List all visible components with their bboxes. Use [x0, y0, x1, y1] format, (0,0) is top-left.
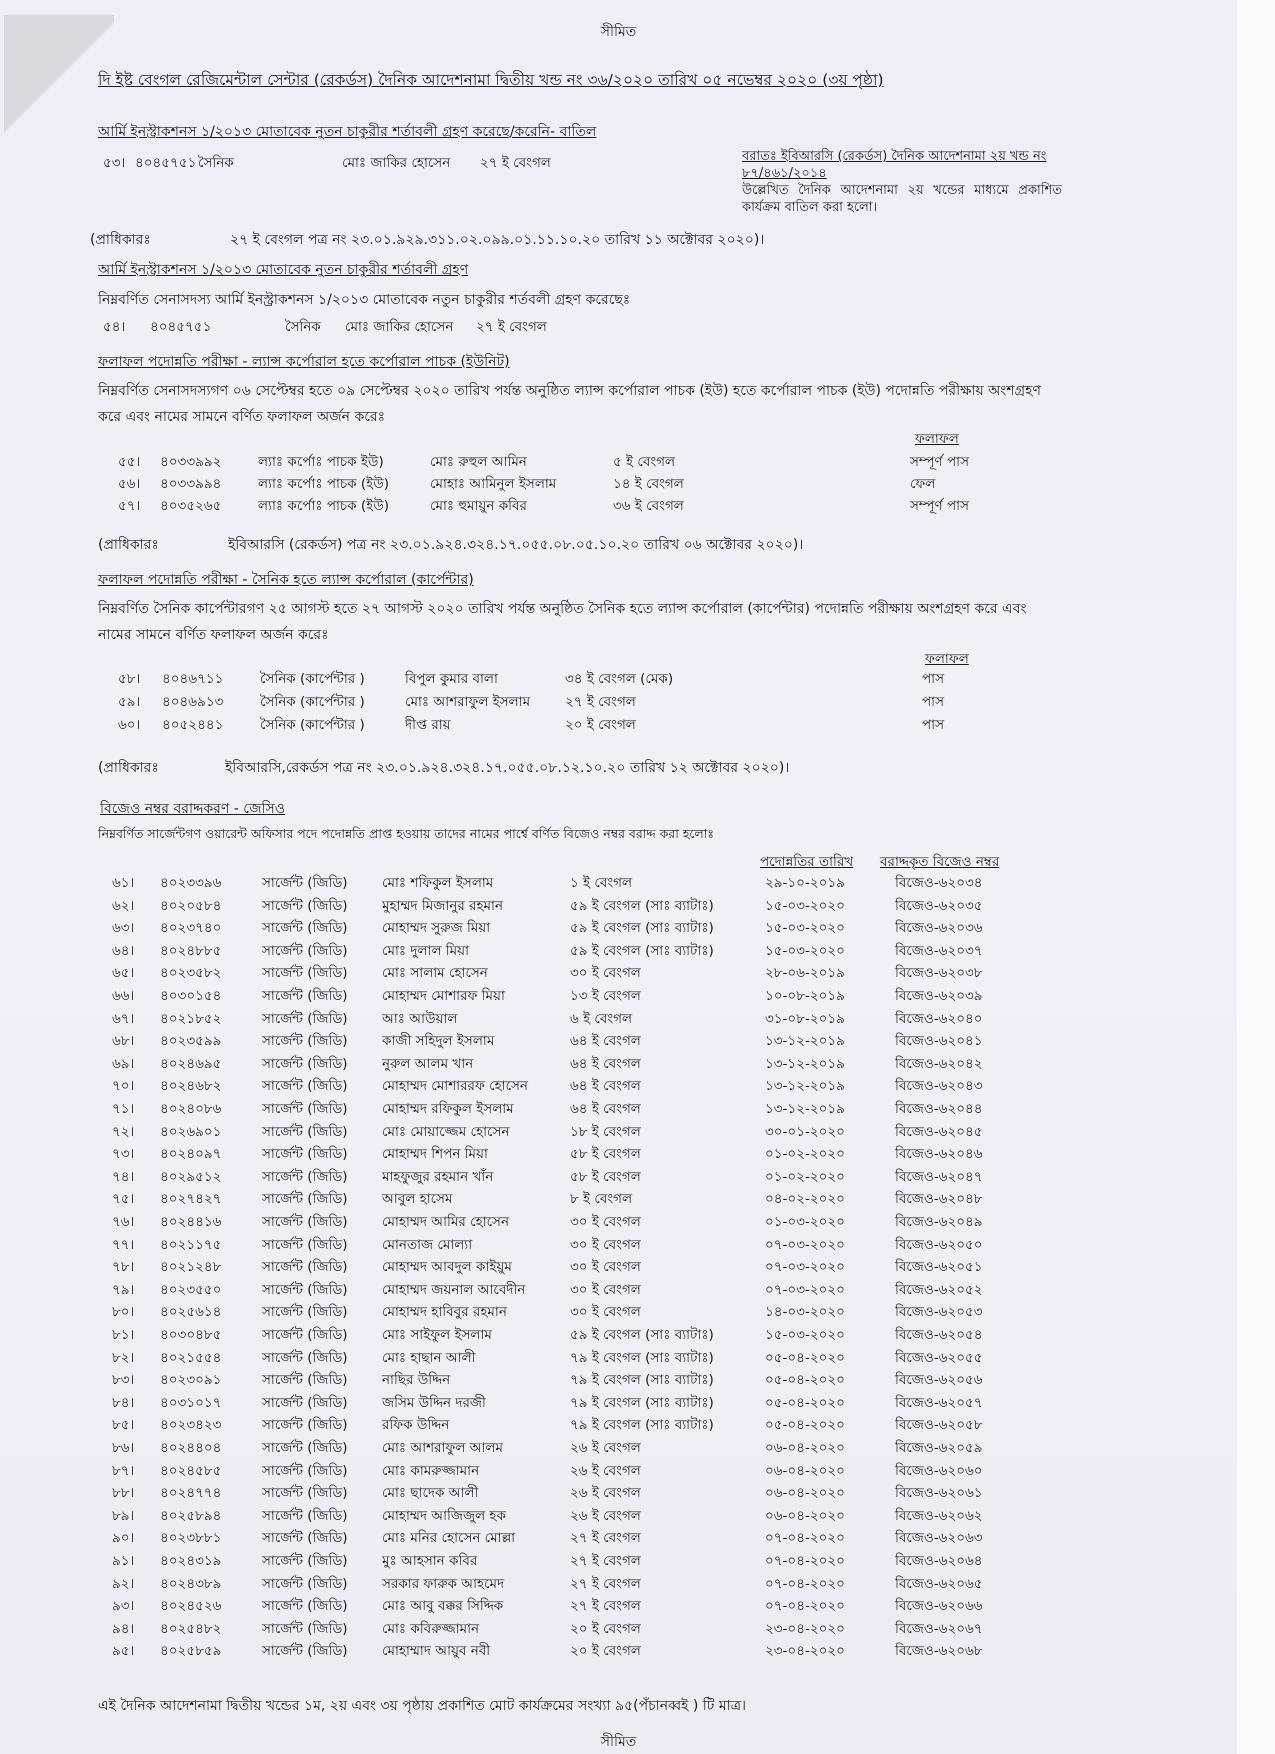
bjo-number: বিজেও-৬২০৪৮: [895, 1188, 983, 1211]
personal-number: ৪০২৪৫৮৫: [160, 1460, 221, 1483]
promotion-date: ০৪-০২-২০২০: [765, 1188, 845, 1211]
serial: ৬৬।: [112, 985, 134, 1008]
document-title: দি ইষ্ট বেংগল রেজিমেন্টাল সেন্টার (রেকর্…: [98, 68, 884, 94]
table-row: ৮২।৪০২১৫৫৪সার্জেন্ট (জিডি)মোঃ হাছান আলী৭…: [0, 1347, 1237, 1367]
name: মোঃ রুহুল আমিন: [430, 451, 527, 474]
bjo-number: বিজেও-৬২০৩৬: [895, 917, 983, 940]
unit: ৩০ ই বেংগল: [570, 1256, 641, 1279]
serial: ৬৮।: [112, 1030, 134, 1053]
rank: সার্জেন্ট (জিডি): [262, 1595, 348, 1618]
section1-entry: ৫৩। ৪০৪৫৭৫১ সৈনিক মোঃ জাকির হোসেন ২৭ ই ব…: [0, 152, 740, 172]
serial: ৭১।: [112, 1098, 134, 1121]
promotion-date: ০৭-০৪-২০২০: [765, 1573, 845, 1596]
promotion-date: ২৩-০৪-২০২০: [765, 1618, 845, 1641]
authority-label: (প্রাধিকারঃ: [90, 228, 151, 252]
promotion-date: ৩১-০৮-২০১৯: [765, 1008, 845, 1031]
table-row: ৭৪।৪০২৯৫১২সার্জেন্ট (জিডি)মাহফুজুর রহমান…: [0, 1166, 1237, 1186]
bjo-number: বিজেও-৬২০৪৯: [895, 1211, 983, 1234]
rank: সার্জেন্ট (জিডি): [262, 1414, 348, 1437]
name: মোঃ ছাদেক আলী: [382, 1482, 478, 1505]
section2-intro: নিম্নবর্ণিত সেনাসদস্য আর্মি ইনস্ট্রাকশনস…: [98, 288, 630, 312]
serial: ৭৪।: [112, 1166, 134, 1189]
promotion-date: ১৫-০৩-২০২০: [765, 1324, 845, 1347]
serial: ৮১।: [112, 1324, 134, 1347]
name: মোহাম্মদ আমির হোসেন: [382, 1211, 509, 1234]
personal-number: ৪০২৪৩১৯: [160, 1550, 221, 1573]
serial: ৫৪।: [103, 316, 125, 339]
rank: সৈনিক: [198, 152, 234, 175]
personal-number: ৪০৩৩৯৯২: [160, 451, 221, 474]
serial: ৫৫।: [118, 451, 140, 474]
promotion-date: ০৫-০৪-২০২০: [765, 1414, 845, 1437]
promotion-date: ০১-০৩-২০২০: [765, 1211, 845, 1234]
authority-text: ইবিআরসি (রেকর্ডস) পত্র নং ২৩.০১.৯২৪.৩২৪.…: [228, 533, 803, 557]
bjo-number: বিজেও-৬২০৪৫: [895, 1121, 983, 1144]
promotion-date: ২৩-০৪-২০২০: [765, 1640, 845, 1663]
serial: ৯৫।: [112, 1640, 134, 1663]
bjo-number: বিজেও-৬২০৬২: [895, 1505, 983, 1528]
bjo-number: বিজেও-৬২০৩৫: [895, 895, 983, 918]
section2-heading: আর্মি ইনস্ট্রাকশনস ১/২০১৩ মোতাবেক নুতন চ…: [98, 258, 468, 282]
unit: ২০ ই বেংগল: [570, 1640, 641, 1663]
name: নাছির উদ্দিন: [382, 1369, 450, 1392]
name: কাজী সহিদুল ইসলাম: [382, 1030, 494, 1053]
promotion-date: ০৬-০৪-২০২০: [765, 1505, 845, 1528]
name: মোহাম্মদ আজিজুল হক: [382, 1505, 506, 1528]
bjo-number: বিজেও-৬২০৬১: [895, 1482, 983, 1505]
unit: ২৭ ই বেংগল: [570, 1550, 641, 1573]
name: বিপুল কুমার বালা: [405, 668, 498, 691]
bjo-number: বিজেও-৬২০৫৩: [895, 1301, 983, 1324]
serial: ৮৪।: [112, 1392, 134, 1415]
bjo-number: বিজেও-৬২০৬৬: [895, 1595, 983, 1618]
unit: ৫৮ ই বেংগল: [570, 1166, 641, 1189]
rank: সার্জেন্ট (জিডি): [262, 1392, 348, 1415]
personal-number: ৪০২৪৪০৪: [160, 1437, 221, 1460]
serial: ৮৯।: [112, 1505, 134, 1528]
table-row: ৬৮।৪০২৩৫৯৯সার্জেন্ট (জিডি)কাজী সহিদুল ইস…: [0, 1030, 1237, 1050]
promotion-date: ০৭-০৩-২০২০: [765, 1279, 845, 1302]
serial: ৮৭।: [112, 1460, 134, 1483]
table-row: ৮৩।৪০২৩০৯১সার্জেন্ট (জিডি)নাছির উদ্দিন৭৯…: [0, 1369, 1237, 1389]
name: মোঃ শফিকুল ইসলাম: [382, 872, 493, 895]
promotion-date: ০৭-০৪-২০২০: [765, 1550, 845, 1573]
table-row: ৯৪।৪০২৫৪৮২সার্জেন্ট (জিডি)মোঃ কবিরুজ্জাম…: [0, 1618, 1237, 1638]
table-row: ৬১।৪০২৩৩৯৬সার্জেন্ট (জিডি)মোঃ শফিকুল ইসল…: [0, 872, 1237, 892]
unit: ৫৯ ই বেংগল (সাঃ ব্যাটাঃ): [570, 917, 714, 940]
promotion-date: ২৮-০৬-২০১৯: [765, 962, 845, 985]
bjo-number: বিজেও-৬২০৫০: [895, 1234, 983, 1257]
classification-header: সীমিত: [0, 20, 1237, 44]
promotion-date: ১৩-১২-২০১৯: [765, 1030, 845, 1053]
section2-entry: ৫৪। ৪০৪৫৭৫১ সৈনিক মোঃ জাকির হোসেন ২৭ ই ব…: [0, 316, 700, 336]
unit: ৩৬ ই বেংগল: [613, 495, 684, 518]
unit: ২৭ ই বেংগল: [570, 1527, 641, 1550]
name: মোহাম্মদ রফিকুল ইসলাম: [382, 1098, 514, 1121]
serial: ৬৯।: [112, 1053, 134, 1076]
name: মোহাম্মাদ আয়ুব নবী: [382, 1640, 490, 1663]
unit: ৬৪ ই বেংগল: [570, 1075, 641, 1098]
unit: ৭৯ ই বেংগল (সাঃ ব্যাটাঃ): [570, 1414, 714, 1437]
name: মোঃ আশরাফুল ইসলাম: [405, 691, 530, 714]
bjo-number: বিজেও-৬২০৫৬: [895, 1369, 983, 1392]
rank: সার্জেন্ট (জিডি): [262, 1505, 348, 1528]
personal-number: ৪০২৫৮৯৪: [160, 1505, 221, 1528]
result: সম্পূর্ণ পাস: [910, 451, 969, 474]
name: মোঃ মোয়াজ্জেম হোসেন: [382, 1121, 509, 1144]
personal-number: ৪০২৪৪১৬: [160, 1211, 221, 1234]
table-row: ৯৫।৪০২৫৮৫৯সার্জেন্ট (জিডি)মোহাম্মাদ আয়ু…: [0, 1640, 1237, 1660]
promotion-date: ১৫-০৩-২০২০: [765, 895, 845, 918]
name: মাহফুজুর রহমান খাঁন: [382, 1166, 493, 1189]
promotion-date: ১৪-০৩-২০২০: [765, 1301, 845, 1324]
table-row: ৫৫।৪০৩৩৯৯২ল্যাঃ কর্পোঃ পাচক ইউ)মোঃ রুহুল…: [0, 451, 1237, 471]
name: মোঃ সাইফুল ইসলাম: [382, 1324, 492, 1347]
serial: ৭৫।: [112, 1188, 134, 1211]
rank: সার্জেন্ট (জিডি): [262, 1369, 348, 1392]
serial: ৭০।: [112, 1075, 134, 1098]
unit: ২৬ ই বেংগল: [570, 1460, 641, 1483]
authority-text: ইবিআরসি,রেকর্ডস পত্র নং ২৩.০১.৯২৪.৩২৪.১৭…: [225, 756, 789, 780]
bjo-number-header: বরাদ্দকৃত বিজেও নম্বর: [880, 851, 999, 874]
personal-number: ৪০২৩০৯১: [160, 1369, 221, 1392]
table-row: ৫৬।৪০৩৩৯৯৪ল্যাঃ কর্পোঃ পাচক (ইউ)মোহাঃ আম…: [0, 473, 1237, 493]
name: মোঃ কামরুজ্জামান: [382, 1460, 479, 1483]
table-row: ৯৩।৪০২৪৫২৬সার্জেন্ট (জিডি)মোঃ আবু বক্কর …: [0, 1595, 1237, 1615]
rank: সার্জেন্ট (জিডি): [262, 1301, 348, 1324]
unit: ৬৪ ই বেংগল: [570, 1053, 641, 1076]
name: দীপ্ত রায়: [405, 714, 451, 737]
bjo-number: বিজেও-৬২০৪২: [895, 1053, 983, 1076]
bjo-number: বিজেও-৬২০৩৮: [895, 962, 983, 985]
rank: সার্জেন্ট (জিডি): [262, 1166, 348, 1189]
rank: সার্জেন্ট (জিডি): [262, 1008, 348, 1031]
table-row: ৭৫।৪০২৭৪২৭সার্জেন্ট (জিডি)আবুল হাসেম৮ ই …: [0, 1188, 1237, 1208]
bjo-number: বিজেও-৬২০৬৭: [895, 1618, 983, 1641]
rank: সার্জেন্ট (জিডি): [262, 1075, 348, 1098]
rank: সার্জেন্ট (জিডি): [262, 1256, 348, 1279]
serial: ৯৩।: [112, 1595, 134, 1618]
name: মোহাঃ আমিনুল ইসলাম: [430, 473, 556, 496]
personal-number: ৪০২৪৬৮২: [160, 1075, 221, 1098]
authority-label: (প্রাধিকারঃ: [98, 533, 159, 557]
name: মোহাম্মদ মোশাররফ হোসেন: [382, 1075, 528, 1098]
rank: সার্জেন্ট (জিডি): [262, 1143, 348, 1166]
name: মুহাম্মদ মিজানুর রহমান: [382, 895, 503, 918]
unit: ১৩ ই বেংগল: [570, 985, 641, 1008]
personal-number: ৪০২১২৪৮: [160, 1256, 221, 1279]
bjo-number: বিজেও-৬২০৫২: [895, 1279, 983, 1302]
personal-number: ৪০২৪৬৯৫: [160, 1053, 221, 1076]
serial: ৮২।: [112, 1347, 134, 1370]
table-row: ৯০।৪০২৩৮৮১সার্জেন্ট (জিডি)মোঃ মনির হোসেন…: [0, 1527, 1237, 1547]
rank: সার্জেন্ট (জিডি): [262, 940, 348, 963]
result-column-header: ফলাফল: [915, 428, 959, 451]
table-row: ৯১।৪০২৪৩১৯সার্জেন্ট (জিডি)মুঃ আহসান কবির…: [0, 1550, 1237, 1570]
serial: ৮৮।: [112, 1482, 134, 1505]
rank: সার্জেন্ট (জিডি): [262, 1618, 348, 1641]
rank: সার্জেন্ট (জিডি): [262, 1347, 348, 1370]
rank: সৈনিক: [285, 316, 321, 339]
bjo-number: বিজেও-৬২০৪০: [895, 1008, 983, 1031]
rank: সার্জেন্ট (জিডি): [262, 1573, 348, 1596]
result: পাস: [922, 691, 944, 714]
table-row: ৭২।৪০২৬৯০১সার্জেন্ট (জিডি)মোঃ মোয়াজ্জেম…: [0, 1121, 1237, 1141]
unit: ২৬ ই বেংগল: [570, 1482, 641, 1505]
serial: ৭৭।: [112, 1234, 134, 1257]
name: নুরুল আলম খান: [382, 1053, 473, 1076]
table-row: ৭৬।৪০২৪৪১৬সার্জেন্ট (জিডি)মোহাম্মদ আমির …: [0, 1211, 1237, 1231]
rank: সৈনিক (কার্পেন্টার ): [260, 668, 365, 691]
serial: ৮০।: [112, 1301, 134, 1324]
name: মোঃ সালাম হোসেন: [382, 962, 488, 985]
personal-number: ৪০২৪৭৭৪: [160, 1482, 221, 1505]
promotion-date: ০৬-০৪-২০২০: [765, 1482, 845, 1505]
name: মোহাম্মদ সুরুজ মিয়া: [382, 917, 490, 940]
authority-text: ২৭ ই বেংগল পত্র নং ২৩.০১.৯২৯.৩১১.০২.০৯৯.…: [230, 228, 764, 252]
personal-number: ৪০২০৫৮৪: [160, 895, 221, 918]
unit: ৫৯ ই বেংগল (সাঃ ব্যাটাঃ): [570, 1324, 714, 1347]
serial: ৬৭।: [112, 1008, 134, 1031]
serial: ৯০।: [112, 1527, 134, 1550]
bjo-number: বিজেও-৬২০৫৮: [895, 1414, 983, 1437]
rank: সার্জেন্ট (জিডি): [262, 1030, 348, 1053]
bjo-number: বিজেও-৬২০৩৪: [895, 872, 983, 895]
unit: ৫৯ ই বেংগল (সাঃ ব্যাটাঃ): [570, 895, 714, 918]
serial: ৯১।: [112, 1550, 134, 1573]
rank: ল্যাঃ কর্পোঃ পাচক ইউ): [258, 451, 384, 474]
bjo-number: বিজেও-৬২০৬৩: [895, 1527, 983, 1550]
rank: সার্জেন্ট (জিডি): [262, 1211, 348, 1234]
personal-number: ৪০৪৬৭১১: [162, 668, 223, 691]
unit: ৫৮ ই বেংগল: [570, 1143, 641, 1166]
serial: ৮৩।: [112, 1369, 134, 1392]
promotion-date: ০৭-০৪-২০২০: [765, 1595, 845, 1618]
personal-number: ৪০৩৩৯৯৪: [160, 473, 221, 496]
name: মোহাম্মদ শিপন মিয়া: [382, 1143, 488, 1166]
promotion-date: ০৫-০৪-২০২০: [765, 1369, 845, 1392]
section5-heading: বিজেও নম্বর বরাদ্দকরণ - জেসিও: [100, 797, 285, 821]
table-row: ৬৯।৪০২৪৬৯৫সার্জেন্ট (জিডি)নুরুল আলম খান৬…: [0, 1053, 1237, 1073]
name: মোঃ হুমায়ুন কবির: [430, 495, 527, 518]
unit: ৩০ ই বেংগল: [570, 1301, 641, 1324]
personal-number: ৪০৪৬৯১৩: [162, 691, 223, 714]
personal-number: ৪০৩৫২৬৫: [160, 495, 221, 518]
table-row: ৮৯।৪০২৫৮৯৪সার্জেন্ট (জিডি)মোহাম্মদ আজিজু…: [0, 1505, 1237, 1525]
rank: সার্জেন্ট (জিডি): [262, 985, 348, 1008]
personal-number: ৪০৪৫৭৫১: [150, 316, 211, 339]
table-row: ৮০।৪০২৫৬১৪সার্জেন্ট (জিডি)মোহাম্মদ হাবিব…: [0, 1301, 1237, 1321]
personal-number: ৪০২৪০৯৭: [160, 1143, 221, 1166]
classification-footer: সীমিত: [0, 1730, 1237, 1754]
personal-number: ৪০২৭৪২৭: [160, 1188, 221, 1211]
table-row: ৮৪।৪০৩১০১৭সার্জেন্ট (জিডি)জসিম উদ্দিন দর…: [0, 1392, 1237, 1412]
reference-text: উল্লেখিত দৈনিক আদেশনামা ২য় খন্ডের মাধ্য…: [742, 183, 1062, 215]
unit: ৭৯ ই বেংগল (সাঃ ব্যাটাঃ): [570, 1392, 714, 1415]
bjo-number: বিজেও-৬২০৪১: [895, 1030, 983, 1053]
unit: ২৭ ই বেংগল: [480, 152, 551, 175]
name: মোঃ কবিরুজ্জামান: [382, 1618, 479, 1641]
personal-number: ৪০২৫৪৮২: [160, 1618, 221, 1641]
bjo-number: বিজেও-৬২০৪৬: [895, 1143, 983, 1166]
rank: সার্জেন্ট (জিডি): [262, 1234, 348, 1257]
promotion-date: ২৯-১০-২০১৯: [765, 872, 845, 895]
personal-number: ৪০২৩৫৯৯: [160, 1030, 221, 1053]
unit: ২৭ ই বেংগল: [570, 1595, 641, 1618]
result: ফেল: [910, 473, 935, 496]
promotion-date: ১৩-১২-২০১৯: [765, 1098, 845, 1121]
unit: ৬ ই বেংগল: [570, 1008, 632, 1031]
unit: ৭৯ ই বেংগল (সাঃ ব্যাটাঃ): [570, 1347, 714, 1370]
name: জসিম উদ্দিন দরজী: [382, 1392, 486, 1415]
personal-number: ৪০৫২৪৪১: [162, 714, 223, 737]
personal-number: ৪০২৯৫১২: [160, 1166, 221, 1189]
bjo-number: বিজেও-৬২০৫১: [895, 1256, 983, 1279]
name: মোঃ জাকির হোসেন: [345, 316, 453, 339]
unit: ২৭ ই বেংগল: [565, 691, 636, 714]
serial: ৬২।: [112, 895, 134, 918]
table-row: ৬৭।৪০২১৮৫২সার্জেন্ট (জিডি)আঃ আউয়াল৬ ই ব…: [0, 1008, 1237, 1028]
promotion-date: ১৫-০৩-২০২০: [765, 940, 845, 963]
serial: ৬১।: [112, 872, 134, 895]
promotion-date: ১৩-১২-২০১৯: [765, 1053, 845, 1076]
rank: সার্জেন্ট (জিডি): [262, 1437, 348, 1460]
result: সম্পূর্ণ পাস: [910, 495, 969, 518]
personal-number: ৪০২৩৫৮২: [160, 962, 221, 985]
bjo-number: বিজেও-৬২০৫৭: [895, 1392, 983, 1415]
rank: সৈনিক (কার্পেন্টার ): [260, 714, 365, 737]
table-row: ৬৬।৪০৩০১৫৪সার্জেন্ট (জিডি)মোহাম্মদ মোশার…: [0, 985, 1237, 1005]
table-row: ৭০।৪০২৪৬৮২সার্জেন্ট (জিডি)মোহাম্মদ মোশার…: [0, 1075, 1237, 1095]
table-row: ৮৮।৪০২৪৭৭৪সার্জেন্ট (জিডি)মোঃ ছাদেক আলী২…: [0, 1482, 1237, 1502]
rank: সার্জেন্ট (জিডি): [262, 872, 348, 895]
bjo-number: বিজেও-৬২০৬০: [895, 1460, 983, 1483]
serial: ৮৫।: [112, 1414, 134, 1437]
name: মোহাম্মদ জয়নাল আবেদীন: [382, 1279, 525, 1302]
section3-heading: ফলাফল পদোন্নতি পরীক্ষা - ল্যান্স কর্পোরা…: [98, 350, 510, 374]
promotion-date: ১০-০৮-২০১৯: [765, 985, 845, 1008]
unit: ৫৯ ই বেংগল (সাঃ ব্যাটাঃ): [570, 940, 714, 963]
table-row: ৭৭।৪০২১১৭৫সার্জেন্ট (জিডি)মোনতাজ মোল্যা৩…: [0, 1234, 1237, 1254]
unit: ১৮ ই বেংগল: [570, 1121, 641, 1144]
rank: ল্যাঃ কর্পোঃ পাচক (ইউ): [258, 473, 389, 496]
serial: ৮৬।: [112, 1437, 134, 1460]
rank: সার্জেন্ট (জিডি): [262, 895, 348, 918]
serial: ৫৯।: [118, 691, 140, 714]
personal-number: ৪০২৬৯০১: [160, 1121, 221, 1144]
section5-intro: নিম্নবর্ণিত সার্জেন্টগণ ওয়ারেন্ট অফিসার…: [98, 826, 714, 846]
rank: সার্জেন্ট (জিডি): [262, 1053, 348, 1076]
table-row: ৫৮।৪০৪৬৭১১সৈনিক (কার্পেন্টার )বিপুল কুমা…: [0, 668, 1237, 688]
table-row: ৮৫।৪০২৩৪২৩সার্জেন্ট (জিডি)রফিক উদ্দিন৭৯ …: [0, 1414, 1237, 1434]
serial: ৭৯।: [112, 1279, 134, 1302]
personal-number: ৪০২৪০৮৬: [160, 1098, 221, 1121]
table-row: ৮৭।৪০২৪৫৮৫সার্জেন্ট (জিডি)মোঃ কামরুজ্জাম…: [0, 1460, 1237, 1480]
personal-number: ৪০২৫৬১৪: [160, 1301, 221, 1324]
promotion-date: ০৭-০৪-২০২০: [765, 1527, 845, 1550]
scan-margin: [1237, 0, 1275, 1754]
serial: ৫৭।: [118, 495, 140, 518]
rank: সার্জেন্ট (জিডি): [262, 962, 348, 985]
bjo-number: বিজেও-৬২০৫৪: [895, 1324, 983, 1347]
name: মোহাম্মদ হাবিবুর রহমান: [382, 1301, 507, 1324]
bjo-number: বিজেও-৬২০৬৮: [895, 1640, 983, 1663]
serial: ৬৪।: [112, 940, 134, 963]
bjo-number: বিজেও-৬২০৩৭: [895, 940, 983, 963]
table-row: ৫৭।৪০৩৫২৬৫ল্যাঃ কর্পোঃ পাচক (ইউ)মোঃ হুমা…: [0, 495, 1237, 515]
name: মোঃ হাছান আলী: [382, 1347, 476, 1370]
personal-number: ৪০৩০৪৮৫: [160, 1324, 221, 1347]
personal-number: ৪০২৩৮৮১: [160, 1527, 221, 1550]
name: সরকার ফারুক আহমেদ: [382, 1573, 504, 1596]
name: মোঃ জাকির হোসেন: [342, 152, 450, 175]
reference-label: বরাতঃ ইবিআরসি (রেকর্ডস) দৈনিক আদেশনামা ২…: [742, 149, 1046, 164]
personal-number: ৪০২৩৫৫০: [160, 1279, 221, 1302]
unit: ৭৯ ই বেংগল (সাঃ ব্যাটাঃ): [570, 1369, 714, 1392]
serial: ৬৩।: [112, 917, 134, 940]
unit: ৬৪ ই বেংগল: [570, 1098, 641, 1121]
rank: সার্জেন্ট (জিডি): [262, 1279, 348, 1302]
name: মোহাম্মদ মোশারফ মিয়া: [382, 985, 505, 1008]
table-row: ৮৬।৪০২৪৪০৪সার্জেন্ট (জিডি)মোঃ আশরাফুল আল…: [0, 1437, 1237, 1457]
table-row: ৭৮।৪০২১২৪৮সার্জেন্ট (জিডি)মোহাম্মদ আবদুল…: [0, 1256, 1237, 1276]
rank: সার্জেন্ট (জিডি): [262, 1550, 348, 1573]
table-row: ৫৯।৪০৪৬৯১৩সৈনিক (কার্পেন্টার )মোঃ আশরাফু…: [0, 691, 1237, 711]
promotion-date: ০৫-০৪-২০২০: [765, 1392, 845, 1415]
personal-number: ৪০২৩৭৪০: [160, 917, 221, 940]
name: আঃ আউয়াল: [382, 1008, 457, 1031]
summary-text: এই দৈনিক আদেশনামা দ্বিতীয় খন্ডের ১ম, ২য…: [98, 1694, 746, 1718]
serial: ৬৫।: [112, 962, 134, 985]
personal-number: ৪০২৫৮৫৯: [160, 1640, 221, 1663]
name: রফিক উদ্দিন: [382, 1414, 449, 1437]
section4-heading: ফলাফল পদোন্নতি পরীক্ষা - সৈনিক হতে ল্যান…: [98, 568, 474, 592]
name: মোহাম্মদ আবদুল কাইয়ুম: [382, 1256, 512, 1279]
rank: সার্জেন্ট (জিডি): [262, 1121, 348, 1144]
rank: সার্জেন্ট (জিডি): [262, 917, 348, 940]
personal-number: ৪০২১৫৫৪: [160, 1347, 221, 1370]
unit: ১ ই বেংগল: [570, 872, 632, 895]
rank: সৈনিক (কার্পেন্টার ): [260, 691, 365, 714]
rank: সার্জেন্ট (জিডি): [262, 1098, 348, 1121]
promotion-date: ০১-০২-২০২০: [765, 1166, 845, 1189]
bjo-number: বিজেও-৬২০৪৪: [895, 1098, 983, 1121]
unit: ২৬ ই বেংগল: [570, 1437, 641, 1460]
personal-number: ৪০২১৮৫২: [160, 1008, 221, 1031]
serial: ৭৮।: [112, 1256, 134, 1279]
personal-number: ৪০২৪৩৮৯: [160, 1573, 221, 1596]
bjo-number: বিজেও-৬২০৫৯: [895, 1437, 983, 1460]
table-row: ৬২।৪০২০৫৮৪সার্জেন্ট (জিডি)মুহাম্মদ মিজান…: [0, 895, 1237, 915]
bjo-number: বিজেও-৬২০৪৩: [895, 1075, 983, 1098]
personal-number: ৪০৪৫৭৫১: [135, 152, 196, 175]
serial: ৯৪।: [112, 1618, 134, 1641]
personal-number: ৪০২১১৭৫: [160, 1234, 221, 1257]
unit: ৩০ ই বেংগল: [570, 1279, 641, 1302]
unit: ৮ ই বেংগল: [570, 1188, 632, 1211]
serial: ৯২।: [112, 1573, 134, 1596]
name: আবুল হাসেম: [382, 1188, 452, 1211]
table-row: ৯২।৪০২৪৩৮৯সার্জেন্ট (জিডি)সরকার ফারুক আহ…: [0, 1573, 1237, 1593]
serial: ৭৬।: [112, 1211, 134, 1234]
promotion-date-header: পদোন্নতির তারিখ: [760, 851, 853, 874]
unit: ৩৪ ই বেংগল (মেক): [565, 668, 673, 691]
personal-number: ৪০২৩৩৯৬: [160, 872, 221, 895]
rank: সার্জেন্ট (জিডি): [262, 1188, 348, 1211]
bjo-number: বিজেও-৬২০৩৯: [895, 985, 983, 1008]
personal-number: ৪০৩১০১৭: [160, 1392, 221, 1415]
table-row: ৬৪।৪০২৪৮৮৫সার্জেন্ট (জিডি)মোঃ দুলাল মিয়…: [0, 940, 1237, 960]
